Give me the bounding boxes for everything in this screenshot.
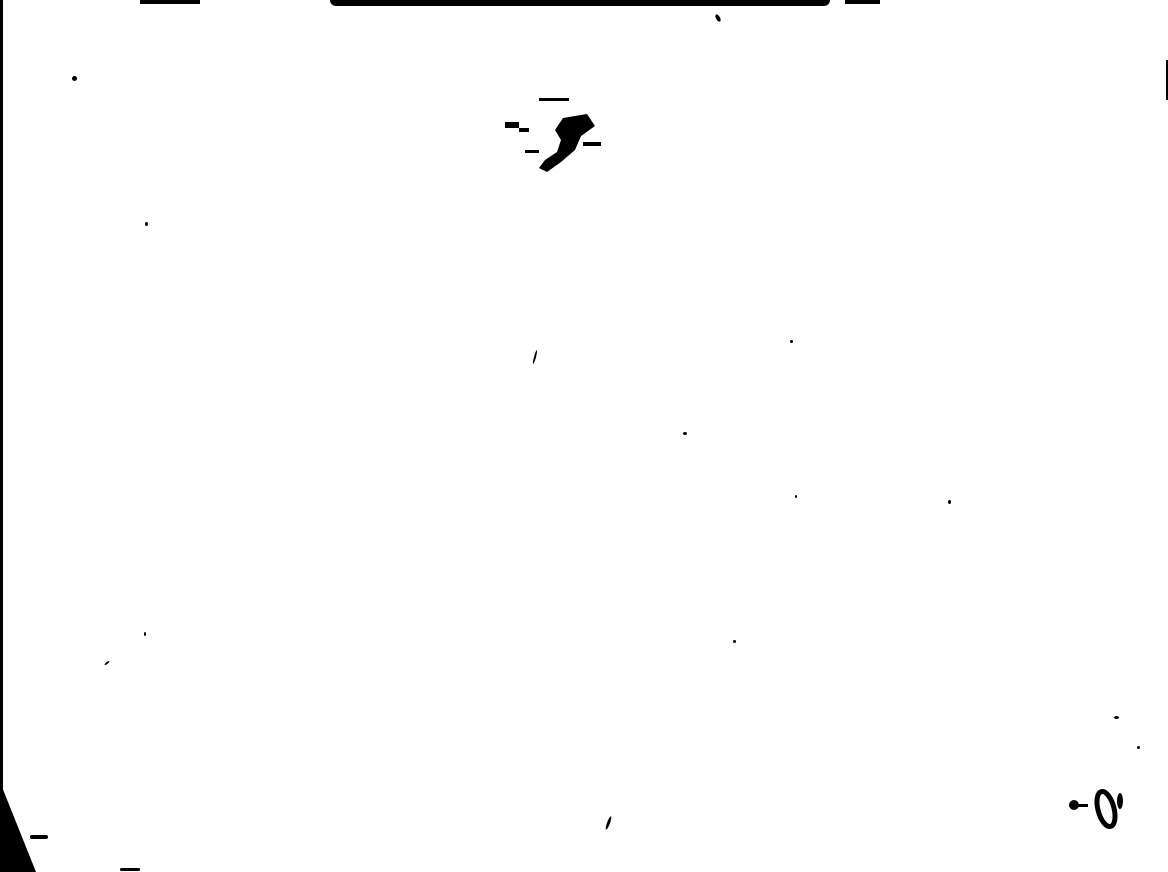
ink-blot [495, 90, 615, 180]
top-scan-edge [845, 0, 880, 4]
corner-shadow [0, 782, 36, 872]
speck [683, 432, 687, 435]
speck [714, 14, 721, 23]
speck [104, 660, 110, 665]
speck [790, 340, 793, 343]
top-scan-edge [140, 0, 200, 4]
speck [605, 816, 613, 830]
speck [1114, 716, 1119, 719]
ink-mark [1060, 785, 1140, 845]
speck [145, 222, 148, 226]
speck [120, 868, 140, 871]
speck [144, 632, 146, 636]
speck [948, 500, 951, 504]
speck [795, 495, 797, 498]
speck [532, 350, 538, 364]
top-scan-edge [330, 0, 830, 6]
left-scan-edge [0, 0, 3, 872]
speck [733, 640, 736, 643]
blank-scanned-page [0, 0, 1168, 872]
speck [72, 76, 77, 81]
speck [1137, 746, 1140, 749]
speck [30, 835, 48, 839]
